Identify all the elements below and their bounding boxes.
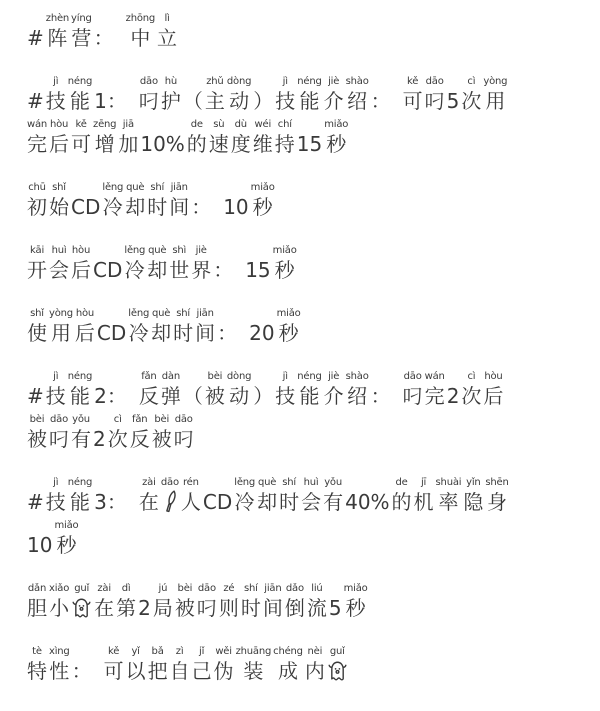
pinyin-label: què [126, 181, 144, 194]
pinyin-label: miǎo [344, 582, 368, 595]
base-char: 隐 [463, 489, 483, 515]
base-char: 15 [245, 257, 270, 283]
base-char: 2： [94, 383, 137, 409]
base-char: 2 [447, 383, 460, 409]
pinyin-label: lěng [234, 476, 255, 489]
pinyin-label: jú [159, 582, 168, 595]
text-line: #zhèn阵yíng营： zhōng中lì立 [27, 12, 584, 51]
pinyin-label: bèi [30, 413, 45, 426]
pinyin-label: chí [278, 118, 292, 131]
base-char: 可 [104, 658, 124, 684]
base-char: 则 [219, 595, 239, 621]
pinyin-label: shǐ [30, 307, 44, 320]
char-segment: shí时 [241, 582, 261, 621]
base-char: 维 [253, 131, 273, 157]
char-segment: dāo叼 [403, 370, 423, 409]
pinyin-label: jì [283, 370, 288, 383]
base-char: 完 [425, 383, 445, 409]
char-segment: shǐ使 [27, 307, 47, 346]
base-char: 的 [392, 489, 412, 515]
pinyin-label: hù [165, 75, 177, 88]
pinyin-label: shào [346, 370, 369, 383]
pinyin-label: guǐ [74, 582, 89, 595]
base-char: # [27, 383, 44, 409]
base-char: 的 [187, 131, 207, 157]
base-char: CD [97, 320, 126, 346]
base-char: 弹 [161, 383, 181, 409]
pinyin-label: wěi [215, 645, 232, 658]
char-segment: ： [191, 181, 221, 220]
base-char: 加 [118, 131, 138, 157]
ghost-icon [71, 596, 92, 620]
char-segment: # [27, 75, 44, 114]
base-char: 营 [71, 25, 91, 51]
text-line: #jì技néng能2： fǎn反dàn弹（bèi被dòng动）jì技néng能j… [27, 370, 584, 409]
char-segment: yòng用 [483, 75, 507, 114]
pinyin-label: zé [223, 582, 234, 595]
base-char: 技 [275, 88, 295, 114]
char-segment: shuài率 [436, 476, 462, 515]
char-segment: lěng冷 [234, 476, 255, 515]
char-segment: miǎo秒 [344, 582, 368, 621]
base-char: 身 [487, 489, 507, 515]
base-char: 秒 [346, 595, 366, 621]
base-char: 间 [263, 595, 283, 621]
char-segment: dì第 [116, 582, 136, 621]
pinyin-label: shēn [485, 476, 508, 489]
base-char: 后 [71, 257, 91, 283]
base-char: # [27, 25, 44, 51]
pinyin-label: wán [27, 118, 47, 131]
char-segment: què却 [125, 181, 145, 220]
char-segment: dòng动 [227, 75, 251, 114]
base-char: 能 [299, 383, 319, 409]
pinyin-label: shí [244, 582, 258, 595]
pinyin-label: liú [311, 582, 322, 595]
base-char: 绍 [347, 383, 367, 409]
char-segment: de的 [187, 118, 207, 157]
pinyin-label: huì [52, 244, 67, 257]
base-char: 倒 [285, 595, 305, 621]
base-char: # [27, 88, 44, 114]
pinyin-label: kāi [30, 244, 44, 257]
char-segment: hòu后 [483, 370, 503, 409]
char-segment: zài在 [139, 476, 159, 515]
base-char: 5 [447, 88, 460, 114]
pinyin-label: néng [297, 370, 321, 383]
base-char: 却 [151, 320, 171, 346]
base-char: 使 [27, 320, 47, 346]
pinyin-label: lì [164, 12, 169, 25]
base-char: 可 [403, 88, 423, 114]
base-char: 10 [27, 532, 52, 558]
base-char: 叼 [174, 426, 194, 452]
char-segment: yǒu有 [71, 413, 91, 452]
pinyin-label: hòu [72, 244, 90, 257]
base-char: 次 [461, 383, 481, 409]
pinyin-label: jì [283, 75, 288, 88]
base-char: 叼 [403, 383, 423, 409]
char-segment: dàn弹 [161, 370, 181, 409]
base-char: 叼 [425, 88, 445, 114]
base-char: 被 [175, 595, 195, 621]
base-char: # [27, 489, 44, 515]
base-char: ） [253, 88, 273, 114]
pinyin-label: kě [407, 75, 418, 88]
char-segment: chí持 [275, 118, 295, 157]
base-char: 秒 [56, 532, 76, 558]
base-char: 间 [169, 194, 189, 220]
char-segment: huì会 [301, 476, 321, 515]
base-char: 在 [94, 595, 114, 621]
base-char: CD [93, 257, 122, 283]
text-line: 10miǎo秒 [27, 519, 584, 558]
base-char: 1： [94, 88, 137, 114]
char-segment: shǐ始 [49, 181, 69, 220]
base-char: 次 [108, 426, 128, 452]
char-segment: cì次 [461, 370, 481, 409]
base-char [327, 658, 348, 684]
skill-3-description: #jì技néng能3： zài在dāo rén人CDlěng冷què却shí时h… [27, 476, 584, 558]
char-segment: kě可 [104, 645, 124, 684]
char-segment: fǎn反 [130, 413, 150, 452]
pinyin-label: jiān [264, 582, 281, 595]
char-segment: jiè界 [191, 244, 211, 283]
char-segment: shào绍 [346, 75, 369, 114]
pinyin-label: shuài [436, 476, 462, 489]
char-segment: dāo叼 [139, 75, 159, 114]
char-segment: bèi被 [152, 413, 172, 452]
base-char: 能 [70, 383, 90, 409]
base-char: 时 [147, 194, 167, 220]
char-segment: CD [93, 244, 122, 283]
base-char: 局 [153, 595, 173, 621]
pinyin-label: shí [150, 181, 164, 194]
cd-after-meeting-line: kāi开huì会hòu后CDlěng冷què却shì世jiè界： 15miǎo秒 [27, 244, 584, 283]
text-line: tè特xìng性： kě可yǐ以bǎ把zì自jǐ己wěi伪zhuāng装chén… [27, 645, 584, 684]
pinyin-label: shí [282, 476, 296, 489]
char-segment: dāo叼 [425, 75, 445, 114]
base-char: 冷 [129, 320, 149, 346]
text-line: #jì技néng能3： zài在dāo rén人CDlěng冷què却shí时h… [27, 476, 584, 515]
base-char: 流 [307, 595, 327, 621]
pinyin-label: jiā [123, 118, 134, 131]
pinyin-label: shì [172, 244, 186, 257]
pinyin-label: jiān [171, 181, 188, 194]
char-segment: dāo叼 [197, 582, 217, 621]
char-segment: 20 [249, 307, 274, 346]
char-segment: 2 [138, 582, 151, 621]
char-segment: shào绍 [346, 370, 369, 409]
knife-segment: dāo [161, 476, 179, 515]
pinyin-label: nèi [307, 645, 322, 658]
pinyin-label: kě [108, 645, 119, 658]
base-char: ： [371, 383, 401, 409]
base-char: ： [72, 658, 102, 684]
char-segment: de的 [392, 476, 412, 515]
base-char: 10 [223, 194, 248, 220]
base-char: 5 [329, 595, 342, 621]
char-segment: 2： [94, 370, 137, 409]
char-segment: shì世 [169, 244, 189, 283]
base-char: 间 [195, 320, 215, 346]
base-char: 介 [324, 383, 344, 409]
pinyin-label: chū [28, 181, 46, 194]
pinyin-label: wéi [255, 118, 272, 131]
pinyin-label: jiè [328, 75, 339, 88]
char-segment: zhōng中 [126, 12, 155, 51]
pinyin-label: shào [346, 75, 369, 88]
base-char: 在 [139, 489, 159, 515]
char-segment: kě可 [403, 75, 423, 114]
char-segment: ： [217, 307, 247, 346]
pinyin-label: zài [97, 582, 111, 595]
base-char: 却 [125, 194, 145, 220]
char-segment: miǎo秒 [251, 181, 275, 220]
base-char: 特 [27, 658, 47, 684]
base-char: 冷 [235, 489, 255, 515]
char-segment: # [27, 370, 44, 409]
pinyin-label: zēng [93, 118, 116, 131]
base-char: 15 [297, 131, 322, 157]
char-segment: wán完 [425, 370, 445, 409]
char-segment: CD [97, 307, 126, 346]
pinyin-label: lěng [124, 244, 145, 257]
base-char: （ [183, 88, 203, 114]
pinyin-label: jī [421, 476, 426, 489]
base-char: 次 [461, 88, 481, 114]
pinyin-label: miǎo [251, 181, 275, 194]
base-char [71, 595, 92, 621]
char-segment: yòng用 [49, 307, 73, 346]
base-char: 秒 [326, 131, 346, 157]
char-segment: kě可 [71, 118, 91, 157]
pinyin-label: bǎ [152, 645, 164, 658]
char-segment: zì自 [170, 645, 190, 684]
pinyin-label: yíng [71, 12, 92, 25]
char-segment: dāo叼 [174, 413, 194, 452]
char-segment: kāi开 [27, 244, 47, 283]
trait-line: tè特xìng性： kě可yǐ以bǎ把zì自jǐ己wěi伪zhuāng装chén… [27, 645, 584, 684]
base-char: 叼 [197, 595, 217, 621]
base-char: 自 [170, 658, 190, 684]
char-segment: 10 [223, 181, 248, 220]
base-char: 介 [324, 88, 344, 114]
base-char: 把 [148, 658, 168, 684]
base-char: 技 [46, 383, 66, 409]
base-char: 动 [229, 383, 249, 409]
base-char: 被 [205, 383, 225, 409]
char-segment: zēng增 [93, 118, 116, 157]
text-line: #jì技néng能1： dāo叼hù护（zhǔ主dòng动）jì技néng能ji… [27, 75, 584, 114]
coward-rule-line: dǎn胆xiǎo小guǐ zài在dì第2jú局bèi被dāo叼zé则shí时j… [27, 582, 584, 621]
base-char: 立 [157, 25, 177, 51]
pinyin-label: bèi [154, 413, 169, 426]
base-char: 己 [192, 658, 212, 684]
char-segment: dǎn胆 [27, 582, 47, 621]
pinyin-label: néng [297, 75, 321, 88]
char-segment: liú流 [307, 582, 327, 621]
base-char: 伪 [214, 658, 234, 684]
char-segment: jiān间 [169, 181, 189, 220]
pinyin-label: hòu [484, 370, 502, 383]
char-segment: néng能 [297, 370, 321, 409]
char-segment: 10% [140, 118, 184, 157]
char-segment: ： [371, 370, 401, 409]
char-segment: zhǔ主 [205, 75, 225, 114]
char-segment: jì技 [46, 476, 66, 515]
pinyin-label: hòu [50, 118, 68, 131]
base-char: 装 [243, 658, 263, 684]
char-segment: wěi伪 [214, 645, 234, 684]
char-segment: néng能 [297, 75, 321, 114]
char-segment: 5 [447, 75, 460, 114]
base-char: 始 [49, 194, 69, 220]
pinyin-label: néng [68, 476, 92, 489]
base-char: 人 [181, 489, 201, 515]
char-segment: tè特 [27, 645, 47, 684]
char-segment: zhèn阵 [46, 12, 69, 51]
char-segment: hòu后 [49, 118, 69, 157]
char-segment: sù速 [209, 118, 229, 157]
char-segment: 2 [447, 370, 460, 409]
pinyin-label: jì [53, 370, 58, 383]
text-line: chū初shǐ始CDlěng冷què却shí时jiān间： 10miǎo秒 [27, 181, 584, 220]
char-segment: jiè介 [324, 370, 344, 409]
char-segment: zé则 [219, 582, 239, 621]
pinyin-label: fǎn [141, 370, 156, 383]
base-char: 时 [173, 320, 193, 346]
base-char: 用 [51, 320, 71, 346]
pinyin-label: dǎn [28, 582, 46, 595]
pinyin-label: zhuāng [236, 645, 272, 658]
char-segment: lěng冷 [124, 244, 145, 283]
base-char: 能 [70, 88, 90, 114]
base-char: 2 [138, 595, 151, 621]
base-char: （ [183, 383, 203, 409]
char-segment: ： [94, 12, 124, 51]
base-char: 技 [46, 88, 66, 114]
char-segment: yǐ以 [126, 645, 146, 684]
base-char: 10% [140, 131, 184, 157]
pinyin-label: tè [32, 645, 42, 658]
char-segment: jī机 [414, 476, 434, 515]
char-segment: # [27, 476, 44, 515]
char-segment: wéi维 [253, 118, 273, 157]
char-segment: cì次 [461, 75, 481, 114]
base-char: 以 [126, 658, 146, 684]
pinyin-label: miǎo [273, 244, 297, 257]
char-segment: yíng营 [71, 12, 92, 51]
pinyin-label: shǐ [52, 181, 66, 194]
pinyin-label: yǐn [466, 476, 480, 489]
base-char: 反 [139, 383, 159, 409]
base-char: 冷 [125, 257, 145, 283]
base-char: CD [71, 194, 100, 220]
char-segment: hòu后 [75, 307, 95, 346]
char-segment: bèi被 [205, 370, 225, 409]
pinyin-label: yòng [49, 307, 73, 320]
pinyin-label: yǒu [72, 413, 90, 426]
char-segment: miǎo秒 [54, 519, 78, 558]
char-segment: shēn身 [485, 476, 508, 515]
pinyin-label: bèi [178, 582, 193, 595]
char-segment: rén人 [181, 476, 201, 515]
base-char: 秒 [275, 257, 295, 283]
char-segment: shí时 [173, 307, 193, 346]
base-char: ： [191, 194, 221, 220]
cd-after-use-line: shǐ使yòng用hòu后CDlěng冷què却shí时jiān间： 20miǎ… [27, 307, 584, 346]
base-char: 被 [27, 426, 47, 452]
base-char: 绍 [347, 88, 367, 114]
page: { "colors": { "text": "#3a3a3a", "backgr… [0, 0, 600, 711]
pinyin-label: shí [176, 307, 190, 320]
base-char: ： [217, 320, 247, 346]
char-segment: ： [371, 75, 401, 114]
base-char: 20 [249, 320, 274, 346]
pinyin-label: què [152, 307, 170, 320]
pinyin-label: lěng [128, 307, 149, 320]
base-char: 机 [414, 489, 434, 515]
pinyin-label: kě [75, 118, 86, 131]
char-segment: xiǎo小 [49, 582, 69, 621]
base-char: 开 [27, 257, 47, 283]
cd-initial-line: chū初shǐ始CDlěng冷què却shí时jiān间： 10miǎo秒 [27, 181, 584, 220]
char-segment: jú局 [153, 582, 173, 621]
char-segment: shí时 [147, 181, 167, 220]
pinyin-label: dāo [426, 75, 444, 88]
pinyin-label: miǎo [277, 307, 301, 320]
pinyin-label: jì [53, 476, 58, 489]
pinyin-label: dǎo [286, 582, 304, 595]
char-segment: jiān间 [195, 307, 215, 346]
pinyin-label: cì [467, 75, 475, 88]
base-char: 内 [305, 658, 325, 684]
char-segment: cì次 [108, 413, 128, 452]
base-char: 初 [27, 194, 47, 220]
base-char: 成 [278, 658, 298, 684]
skill-2-description: #jì技néng能2： fǎn反dàn弹（bèi被dòng动）jì技néng能j… [27, 370, 584, 452]
base-char: 40% [345, 489, 389, 515]
base-char: 主 [205, 88, 225, 114]
base-char: 动 [229, 88, 249, 114]
char-segment: nèi内 [305, 645, 325, 684]
pinyin-label: yǐ [131, 645, 139, 658]
pinyin-label: dòng [227, 370, 251, 383]
faction-line: #zhèn阵yíng营： zhōng中lì立 [27, 12, 584, 51]
pinyin-label: jiè [196, 244, 207, 257]
char-segment: 10 [27, 519, 52, 558]
base-char: 世 [169, 257, 189, 283]
base-char: 小 [49, 595, 69, 621]
char-segment: néng能 [68, 75, 92, 114]
char-segment: miǎo秒 [273, 244, 297, 283]
char-segment: huì会 [49, 244, 69, 283]
char-segment: zhuāng装 [236, 645, 272, 684]
base-char: ： [94, 25, 124, 51]
char-segment: bǎ把 [148, 645, 168, 684]
pinyin-label: miǎo [54, 519, 78, 532]
char-segment: shí时 [279, 476, 299, 515]
char-segment: ） [253, 370, 273, 409]
text-line: shǐ使yòng用hòu后CDlěng冷què却shí时jiān间： 20miǎ… [27, 307, 584, 346]
base-char: 会 [301, 489, 321, 515]
pinyin-label: què [258, 476, 276, 489]
pinyin-label: dì [122, 582, 131, 595]
pinyin-label: yǒu [324, 476, 342, 489]
base-char: 性 [49, 658, 69, 684]
pinyin-label: rén [183, 476, 199, 489]
